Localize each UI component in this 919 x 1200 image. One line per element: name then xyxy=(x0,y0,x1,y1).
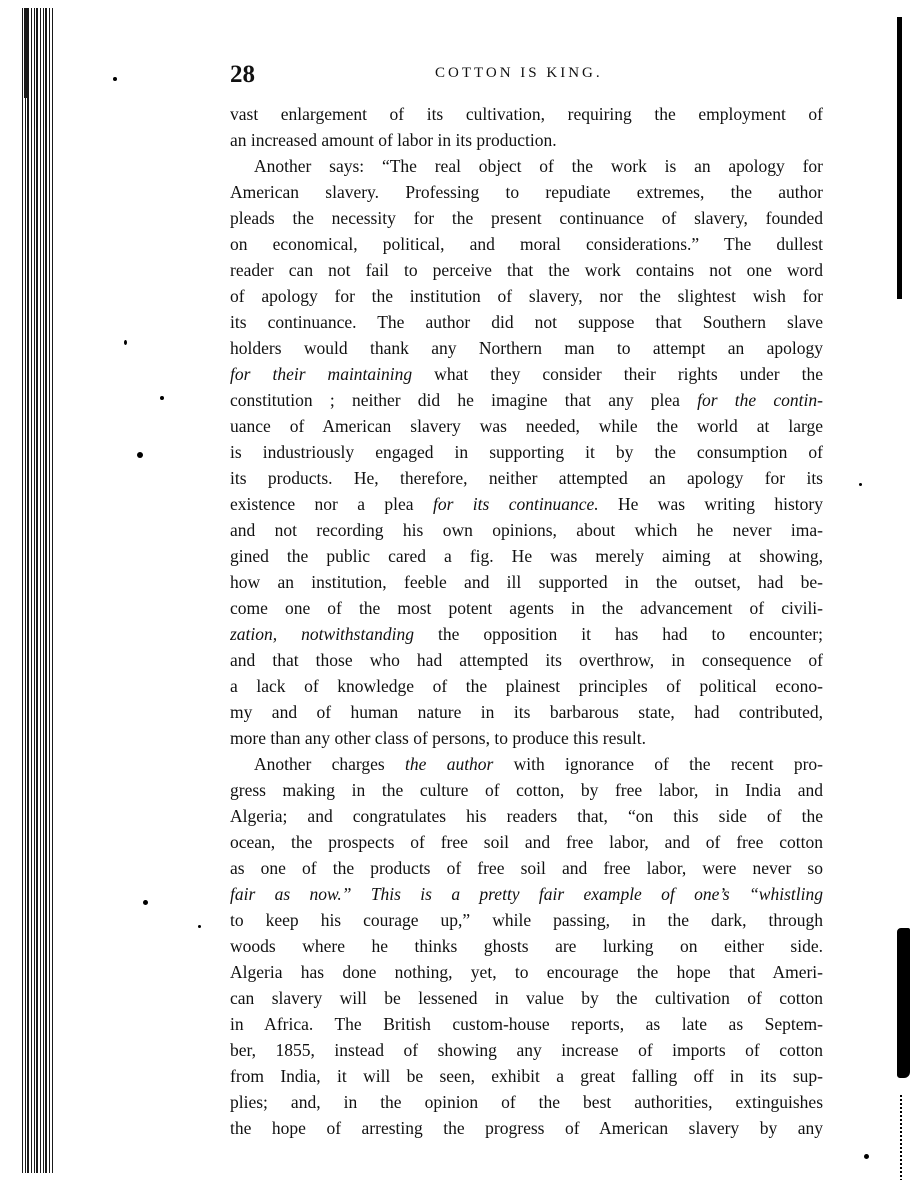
page-edge-speckle xyxy=(900,1095,902,1180)
text-line: pleads the necessity for the present con… xyxy=(230,205,823,231)
text-line: zation, notwithstanding the opposition i… xyxy=(230,621,823,647)
italic-text-run: fair as now.” This is a pretty fair exam… xyxy=(230,884,823,904)
text-line: Another charges the author with ignoranc… xyxy=(230,751,823,777)
ink-speck xyxy=(124,340,127,345)
ink-speck xyxy=(859,483,862,486)
text-line: a lack of knowledge of the plainest prin… xyxy=(230,673,823,699)
text-line: fair as now.” This is a pretty fair exam… xyxy=(230,881,823,907)
text-run: existence nor a plea xyxy=(230,494,433,514)
text-line: American slavery. Professing to repudiat… xyxy=(230,179,823,205)
running-title: COTTON IS KING. xyxy=(435,65,603,82)
page-edge-blot xyxy=(897,928,910,1078)
ink-speck xyxy=(198,925,201,928)
text-run: He was writing history xyxy=(599,494,823,514)
text-line: on economical, political, and moral cons… xyxy=(230,231,823,257)
text-line: and that those who had attempted its ove… xyxy=(230,647,823,673)
text-line: ber, 1855, instead of showing any increa… xyxy=(230,1037,823,1063)
text-run: with ignorance of the recent pro- xyxy=(493,754,823,774)
italic-text-run: zation, notwithstanding xyxy=(230,624,414,644)
text-line: existence nor a plea for its continuance… xyxy=(230,491,823,517)
text-line: is industriously engaged in supporting i… xyxy=(230,439,823,465)
text-line: Another says: “The real object of the wo… xyxy=(230,153,823,179)
book-page: 28 COTTON IS KING. vast enlargement of i… xyxy=(230,55,823,1141)
text-run: constitution ; neither did he imagine th… xyxy=(230,390,697,410)
text-line: constitution ; neither did he imagine th… xyxy=(230,387,823,413)
running-head: 28 COTTON IS KING. xyxy=(230,55,823,95)
text-line: woods where he thinks ghosts are lurking… xyxy=(230,933,823,959)
ink-speck xyxy=(160,396,164,400)
text-line: uance of American slavery was needed, wh… xyxy=(230,413,823,439)
page-number: 28 xyxy=(230,61,255,89)
italic-text-run: for its continuance. xyxy=(433,494,599,514)
text-line: Algeria has done nothing, yet, to encour… xyxy=(230,959,823,985)
text-line: vast enlargement of its cultivation, req… xyxy=(230,101,823,127)
body-text: vast enlargement of its cultivation, req… xyxy=(230,101,823,1141)
ink-speck xyxy=(864,1154,869,1159)
text-line: gress making in the culture of cotton, b… xyxy=(230,777,823,803)
text-line: how an institution, feeble and ill suppo… xyxy=(230,569,823,595)
text-line: of apology for the institution of slaver… xyxy=(230,283,823,309)
text-line: reader can not fail to perceive that the… xyxy=(230,257,823,283)
text-line: in Africa. The British custom-house repo… xyxy=(230,1011,823,1037)
text-run: Another charges xyxy=(254,754,405,774)
text-line: its continuance. The author did not supp… xyxy=(230,309,823,335)
text-line: ocean, the prospects of free soil and fr… xyxy=(230,829,823,855)
text-line: its products. He, therefore, neither att… xyxy=(230,465,823,491)
page-edge-shadow xyxy=(897,17,902,299)
text-line: from India, it will be seen, exhibit a g… xyxy=(230,1063,823,1089)
text-line: my and of human nature in its barbarous … xyxy=(230,699,823,725)
text-line: the hope of arresting the progress of Am… xyxy=(230,1115,823,1141)
text-line: as one of the products of free soil and … xyxy=(230,855,823,881)
text-line: more than any other class of persons, to… xyxy=(230,725,823,751)
text-line: can slavery will be lessened in value by… xyxy=(230,985,823,1011)
text-line: for their maintaining what they consider… xyxy=(230,361,823,387)
text-line: come one of the most potent agents in th… xyxy=(230,595,823,621)
ink-speck xyxy=(113,77,117,81)
text-line: plies; and, in the opinion of the best a… xyxy=(230,1089,823,1115)
text-run: the opposition it has had to encounter; xyxy=(414,624,823,644)
text-line: and not recording his own opinions, abou… xyxy=(230,517,823,543)
text-line: gined the public cared a fig. He was mer… xyxy=(230,543,823,569)
book-binding-edge xyxy=(22,8,54,1173)
text-line: holders would thank any Northern man to … xyxy=(230,335,823,361)
italic-text-run: for the contin- xyxy=(697,390,823,410)
ink-speck xyxy=(137,452,143,458)
text-line: Algeria; and congratulates his readers t… xyxy=(230,803,823,829)
text-run: what they consider their rights under th… xyxy=(412,364,823,384)
text-line: to keep his courage up,” while passing, … xyxy=(230,907,823,933)
text-line: an increased amount of labor in its prod… xyxy=(230,127,823,153)
italic-text-run: the author xyxy=(405,754,493,774)
ink-speck xyxy=(143,900,148,905)
italic-text-run: for their maintaining xyxy=(230,364,412,384)
